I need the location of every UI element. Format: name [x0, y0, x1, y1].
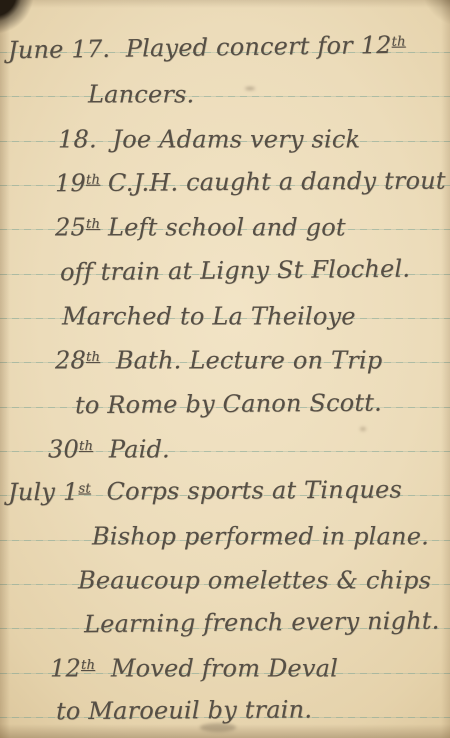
ruled-line — [0, 96, 450, 97]
journal-line-06: off train at Ligny St Flochel. — [60, 251, 410, 287]
entry-text-pre: 30 — [48, 435, 79, 463]
journal-line-14: Learning french every night. — [84, 603, 440, 639]
journal-line-10: 30th Paid. — [48, 432, 170, 464]
entry-superscript: th — [391, 34, 405, 49]
entry-text-pre: Marched to La Theiloye — [62, 302, 356, 330]
entry-text-pre: to Rome by Canon Scott. — [75, 389, 382, 420]
ink-smudge — [245, 87, 255, 90]
entry-text-post: C.J.H. caught a dandy trout — [100, 167, 446, 197]
entry-text-pre: to Maroeuil by train. — [56, 695, 312, 725]
entry-text-pre: Beaucoup omelettes & chips — [78, 566, 431, 594]
entry-superscript: st — [78, 481, 91, 496]
journal-line-04: 19th C.J.H. caught a dandy trout — [55, 163, 446, 198]
journal-line-03: 18. Joe Adams very sick — [58, 122, 360, 154]
entry-superscript: th — [86, 217, 100, 232]
journal-line-07: Marched to La Theiloye — [62, 299, 356, 331]
entry-text-pre: July 1 — [8, 478, 79, 506]
entry-text-pre: 18. Joe Adams very sick — [58, 125, 360, 153]
ink-smudge — [360, 427, 366, 431]
entry-text-pre: Bishop performed in plane. — [92, 522, 429, 550]
entry-superscript: th — [81, 658, 95, 673]
journal-line-09: to Rome by Canon Scott. — [75, 385, 382, 420]
journal-line-13: Beaucoup omelettes & chips — [78, 563, 431, 595]
diary-page: June 17. Played concert for 12th Lancers… — [0, 0, 450, 738]
entry-superscript: th — [86, 350, 100, 365]
journal-line-16: to Maroeuil by train. — [56, 692, 312, 726]
entry-text-post: Paid. — [93, 435, 170, 463]
entry-superscript: th — [86, 173, 100, 188]
entry-text-post: Corps sports at Tinques — [91, 475, 402, 505]
journal-line-11: July 1st Corps sports at Tinques — [8, 472, 402, 507]
journal-line-08: 28th Bath. Lecture on Trip — [55, 343, 382, 375]
journal-line-12: Bishop performed in plane. — [92, 519, 429, 551]
entry-text-pre: 19 — [55, 169, 86, 197]
entry-text-pre: Learning french every night. — [84, 607, 440, 639]
entry-text-pre: 25 — [55, 213, 86, 241]
entry-text-pre: June 17. Played concert for 12 — [8, 31, 392, 64]
entry-text-pre: Lancers. — [88, 80, 194, 108]
entry-text-post: Moved from Deval — [95, 654, 338, 682]
entry-text-pre: 28 — [55, 346, 86, 374]
entry-text-post: Bath. Lecture on Trip — [100, 346, 382, 374]
entry-text-post: Left school and got — [100, 213, 346, 241]
journal-line-05: 25th Left school and got — [55, 210, 346, 242]
journal-line-15: 12th Moved from Deval — [50, 651, 338, 683]
journal-line-02: Lancers. — [88, 77, 194, 109]
journal-line-01: June 17. Played concert for 12th — [8, 27, 406, 65]
entry-superscript: th — [79, 439, 93, 454]
entry-text-pre: off train at Ligny St Flochel. — [60, 255, 410, 287]
entry-text-pre: 12 — [50, 654, 81, 682]
